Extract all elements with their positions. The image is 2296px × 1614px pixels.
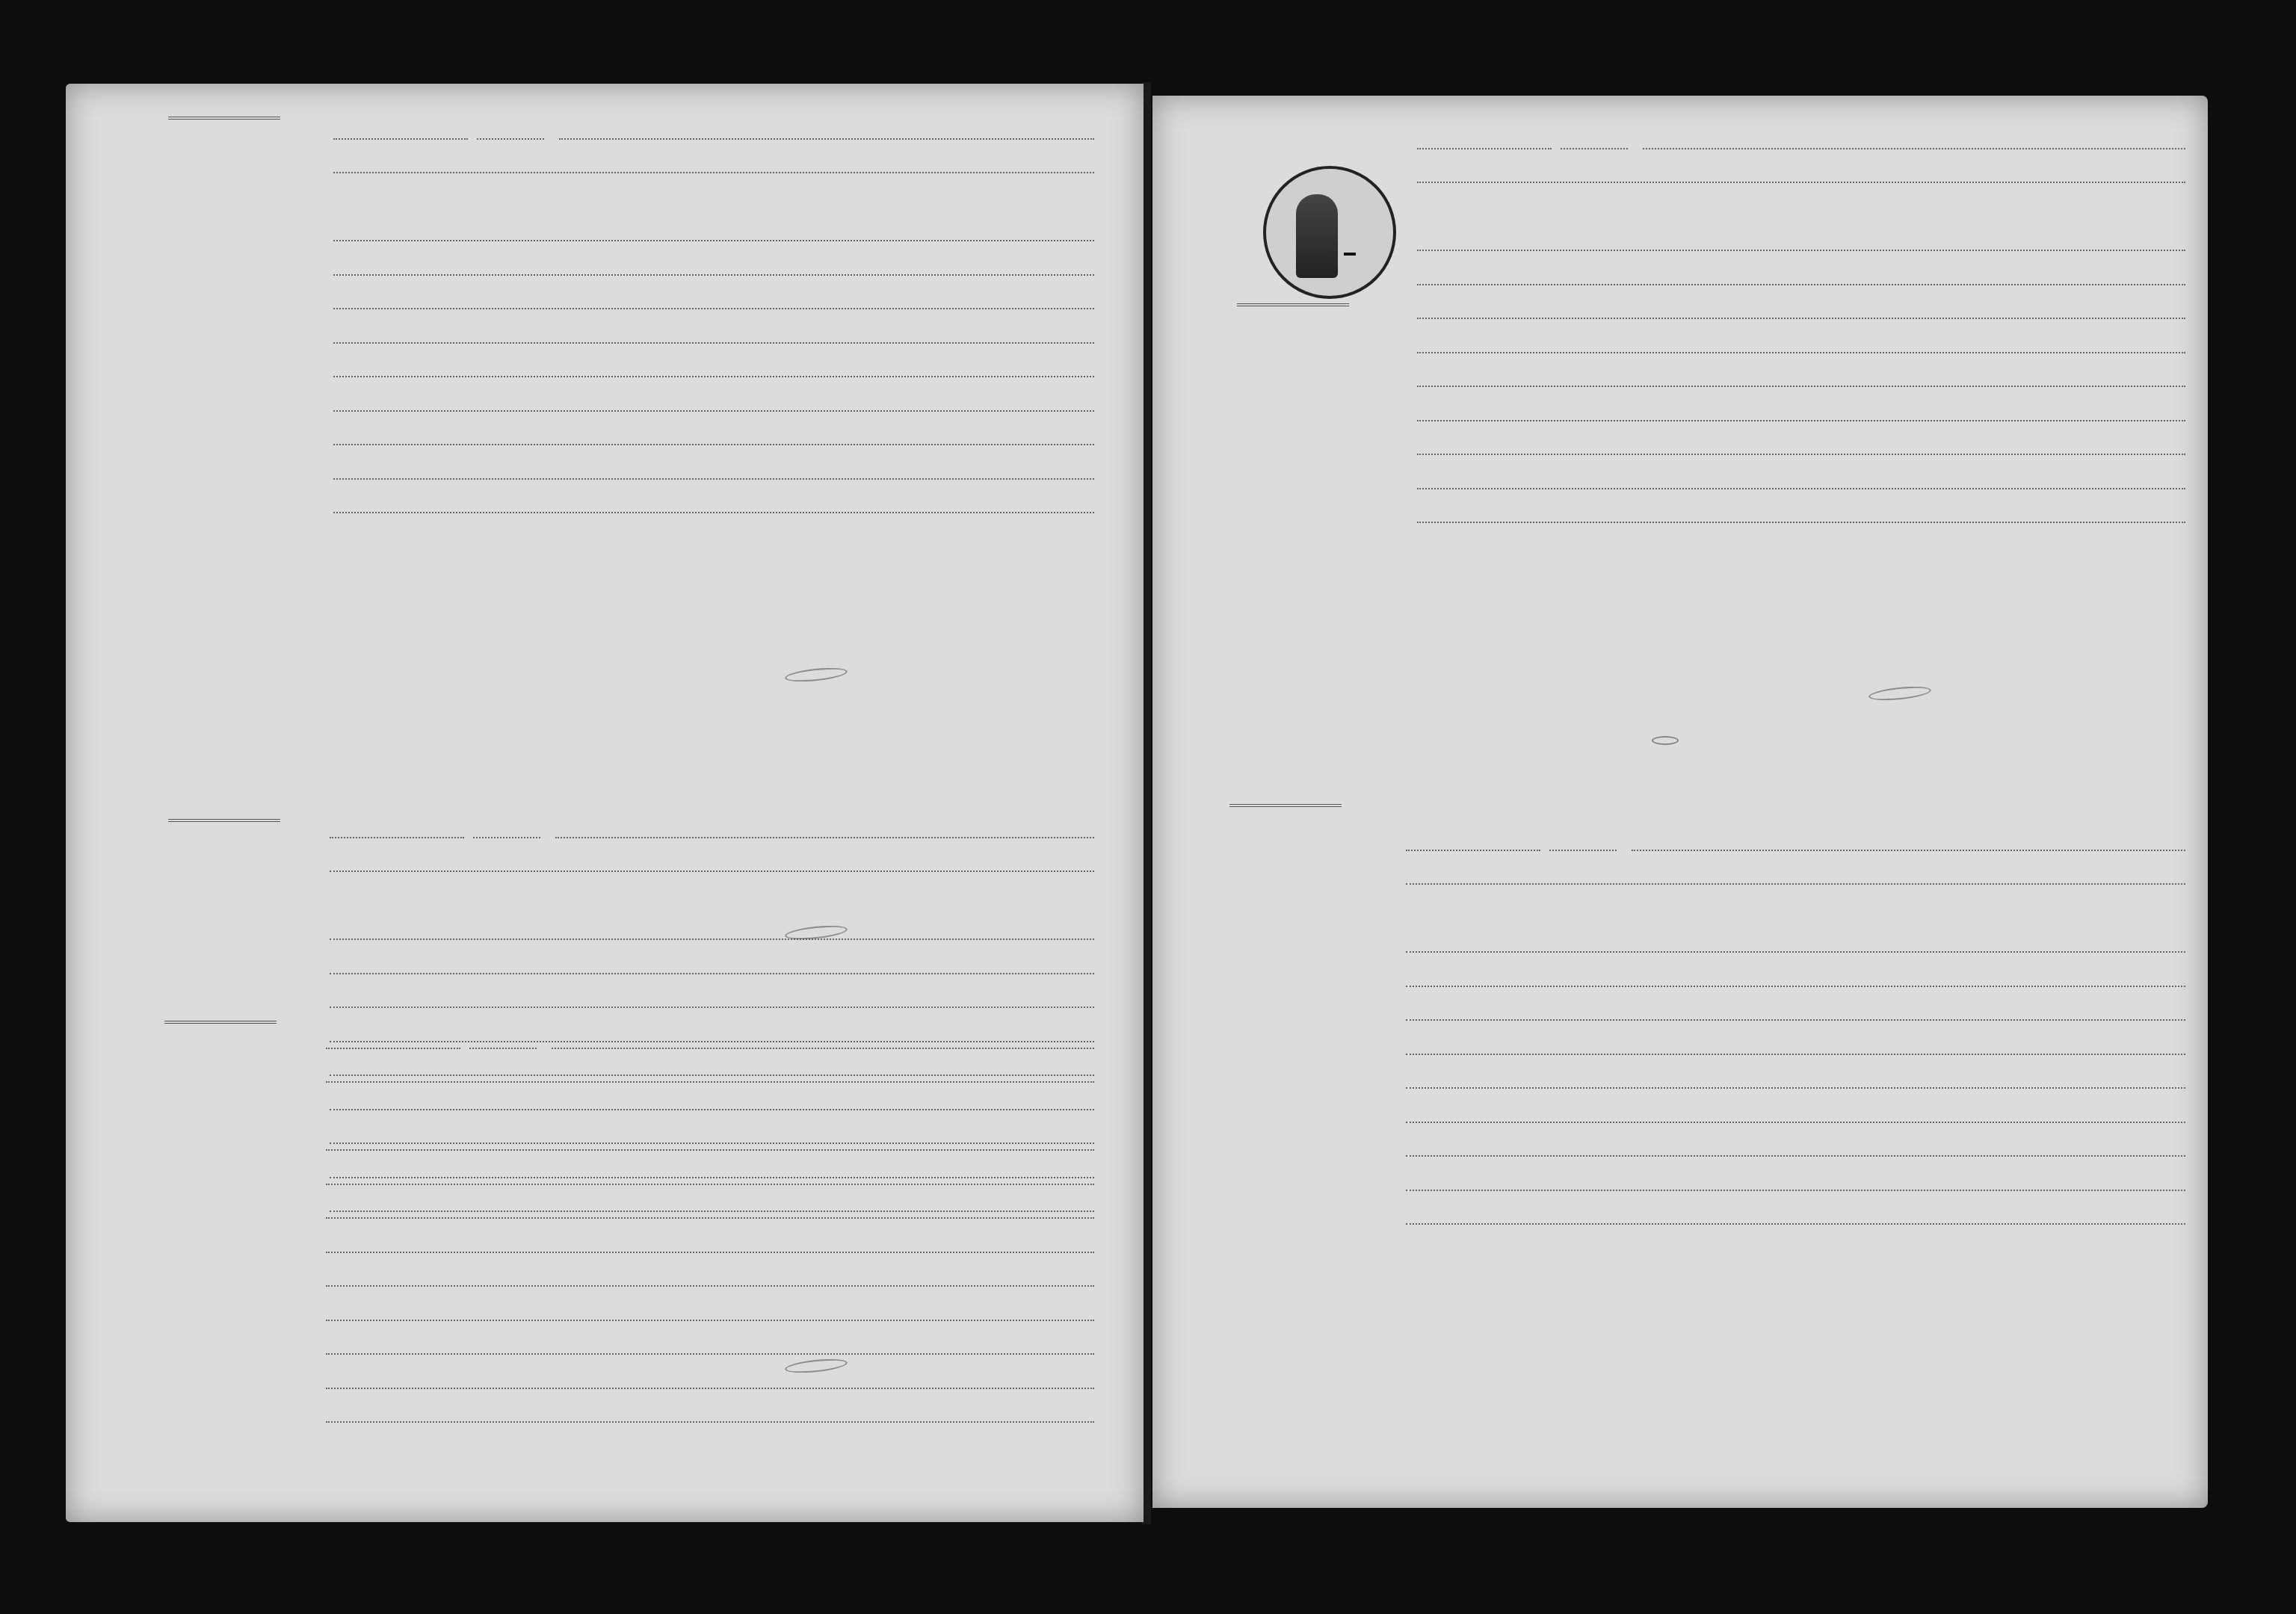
- declaration-line: [1406, 1086, 2185, 1089]
- declaration-line: [1417, 384, 2185, 387]
- act-form: [1401, 820, 2190, 1262]
- declaration-line: [333, 341, 1094, 344]
- date-field: [1417, 146, 1552, 149]
- margin-note: [112, 814, 336, 822]
- margin-rule: [1229, 804, 1342, 807]
- justice-figure-icon: [1296, 194, 1338, 278]
- act-form: [329, 108, 1099, 551]
- stamp-price: [1344, 253, 1356, 256]
- officer-field: [1406, 882, 2185, 885]
- declaration-line: [1406, 1154, 2185, 1157]
- margin-note: [105, 1016, 336, 1024]
- period-field: [559, 137, 1094, 140]
- witnesses-line: [330, 937, 1094, 940]
- declaration-line: [1417, 350, 2185, 353]
- act-form: [1413, 118, 2190, 560]
- witnesses-line: [1406, 984, 2185, 987]
- declaration-line: [333, 442, 1094, 445]
- witnesses-line: [1406, 1018, 2185, 1021]
- officer-field: [333, 170, 1094, 173]
- witnesses-line: [1417, 248, 2185, 251]
- declaration-line: [326, 1352, 1094, 1355]
- witnesses-line: [326, 1148, 1094, 1151]
- witnesses-line: [333, 273, 1094, 276]
- declaration-line: [1406, 1120, 2185, 1123]
- period-field: [552, 1046, 1094, 1049]
- declaration-line: [333, 374, 1094, 377]
- witnesses-line: [333, 306, 1094, 309]
- assured-field: [326, 1420, 1094, 1423]
- period-field: [555, 835, 1094, 838]
- hour-field: [1561, 146, 1628, 149]
- death-place-field: [326, 1386, 1094, 1389]
- tax-stamp: [1263, 166, 1396, 299]
- declaration-line: [326, 1250, 1094, 1253]
- assured-field: [333, 510, 1094, 513]
- officer-field: [330, 869, 1094, 872]
- declaration-line: [1406, 1052, 2185, 1055]
- margin-note: [112, 112, 336, 120]
- margin-rule: [164, 1021, 277, 1024]
- act-form: [321, 1018, 1099, 1460]
- hour-field: [477, 137, 544, 140]
- death-place-field: [1417, 486, 2185, 489]
- margin-note: [1181, 299, 1405, 306]
- witnesses-line: [1417, 316, 2185, 319]
- assured-field: [1417, 520, 2185, 523]
- witnesses-line: [330, 1005, 1094, 1008]
- period-field: [1632, 848, 2185, 851]
- death-place-field: [333, 477, 1094, 480]
- hour-field: [469, 1046, 537, 1049]
- officer-field: [1417, 180, 2185, 183]
- witnesses-line: [333, 238, 1094, 241]
- death-place-field: [1406, 1188, 2185, 1191]
- margin-note: [1173, 800, 1398, 807]
- witness-signature: [1652, 736, 1679, 745]
- margin-rule: [168, 117, 280, 120]
- margin-rule: [1237, 303, 1349, 306]
- officer-field: [326, 1080, 1094, 1083]
- date-field: [1406, 848, 1540, 851]
- witnesses-line: [1406, 950, 2185, 953]
- declaration-line: [1417, 452, 2185, 455]
- witnesses-line: [1417, 282, 2185, 285]
- witnesses-line: [330, 971, 1094, 974]
- declaration-line: [326, 1284, 1094, 1287]
- declaration-line: [326, 1318, 1094, 1321]
- date-field: [330, 835, 464, 838]
- date-field: [326, 1046, 460, 1049]
- hour-field: [1549, 848, 1617, 851]
- declaration-line: [1417, 418, 2185, 421]
- witnesses-line: [326, 1216, 1094, 1219]
- margin-rule: [168, 819, 280, 822]
- witnesses-line: [326, 1182, 1094, 1185]
- date-field: [333, 137, 468, 140]
- hour-field: [473, 835, 540, 838]
- assured-field: [1406, 1222, 2185, 1225]
- declaration-line: [333, 409, 1094, 412]
- period-field: [1643, 146, 2185, 149]
